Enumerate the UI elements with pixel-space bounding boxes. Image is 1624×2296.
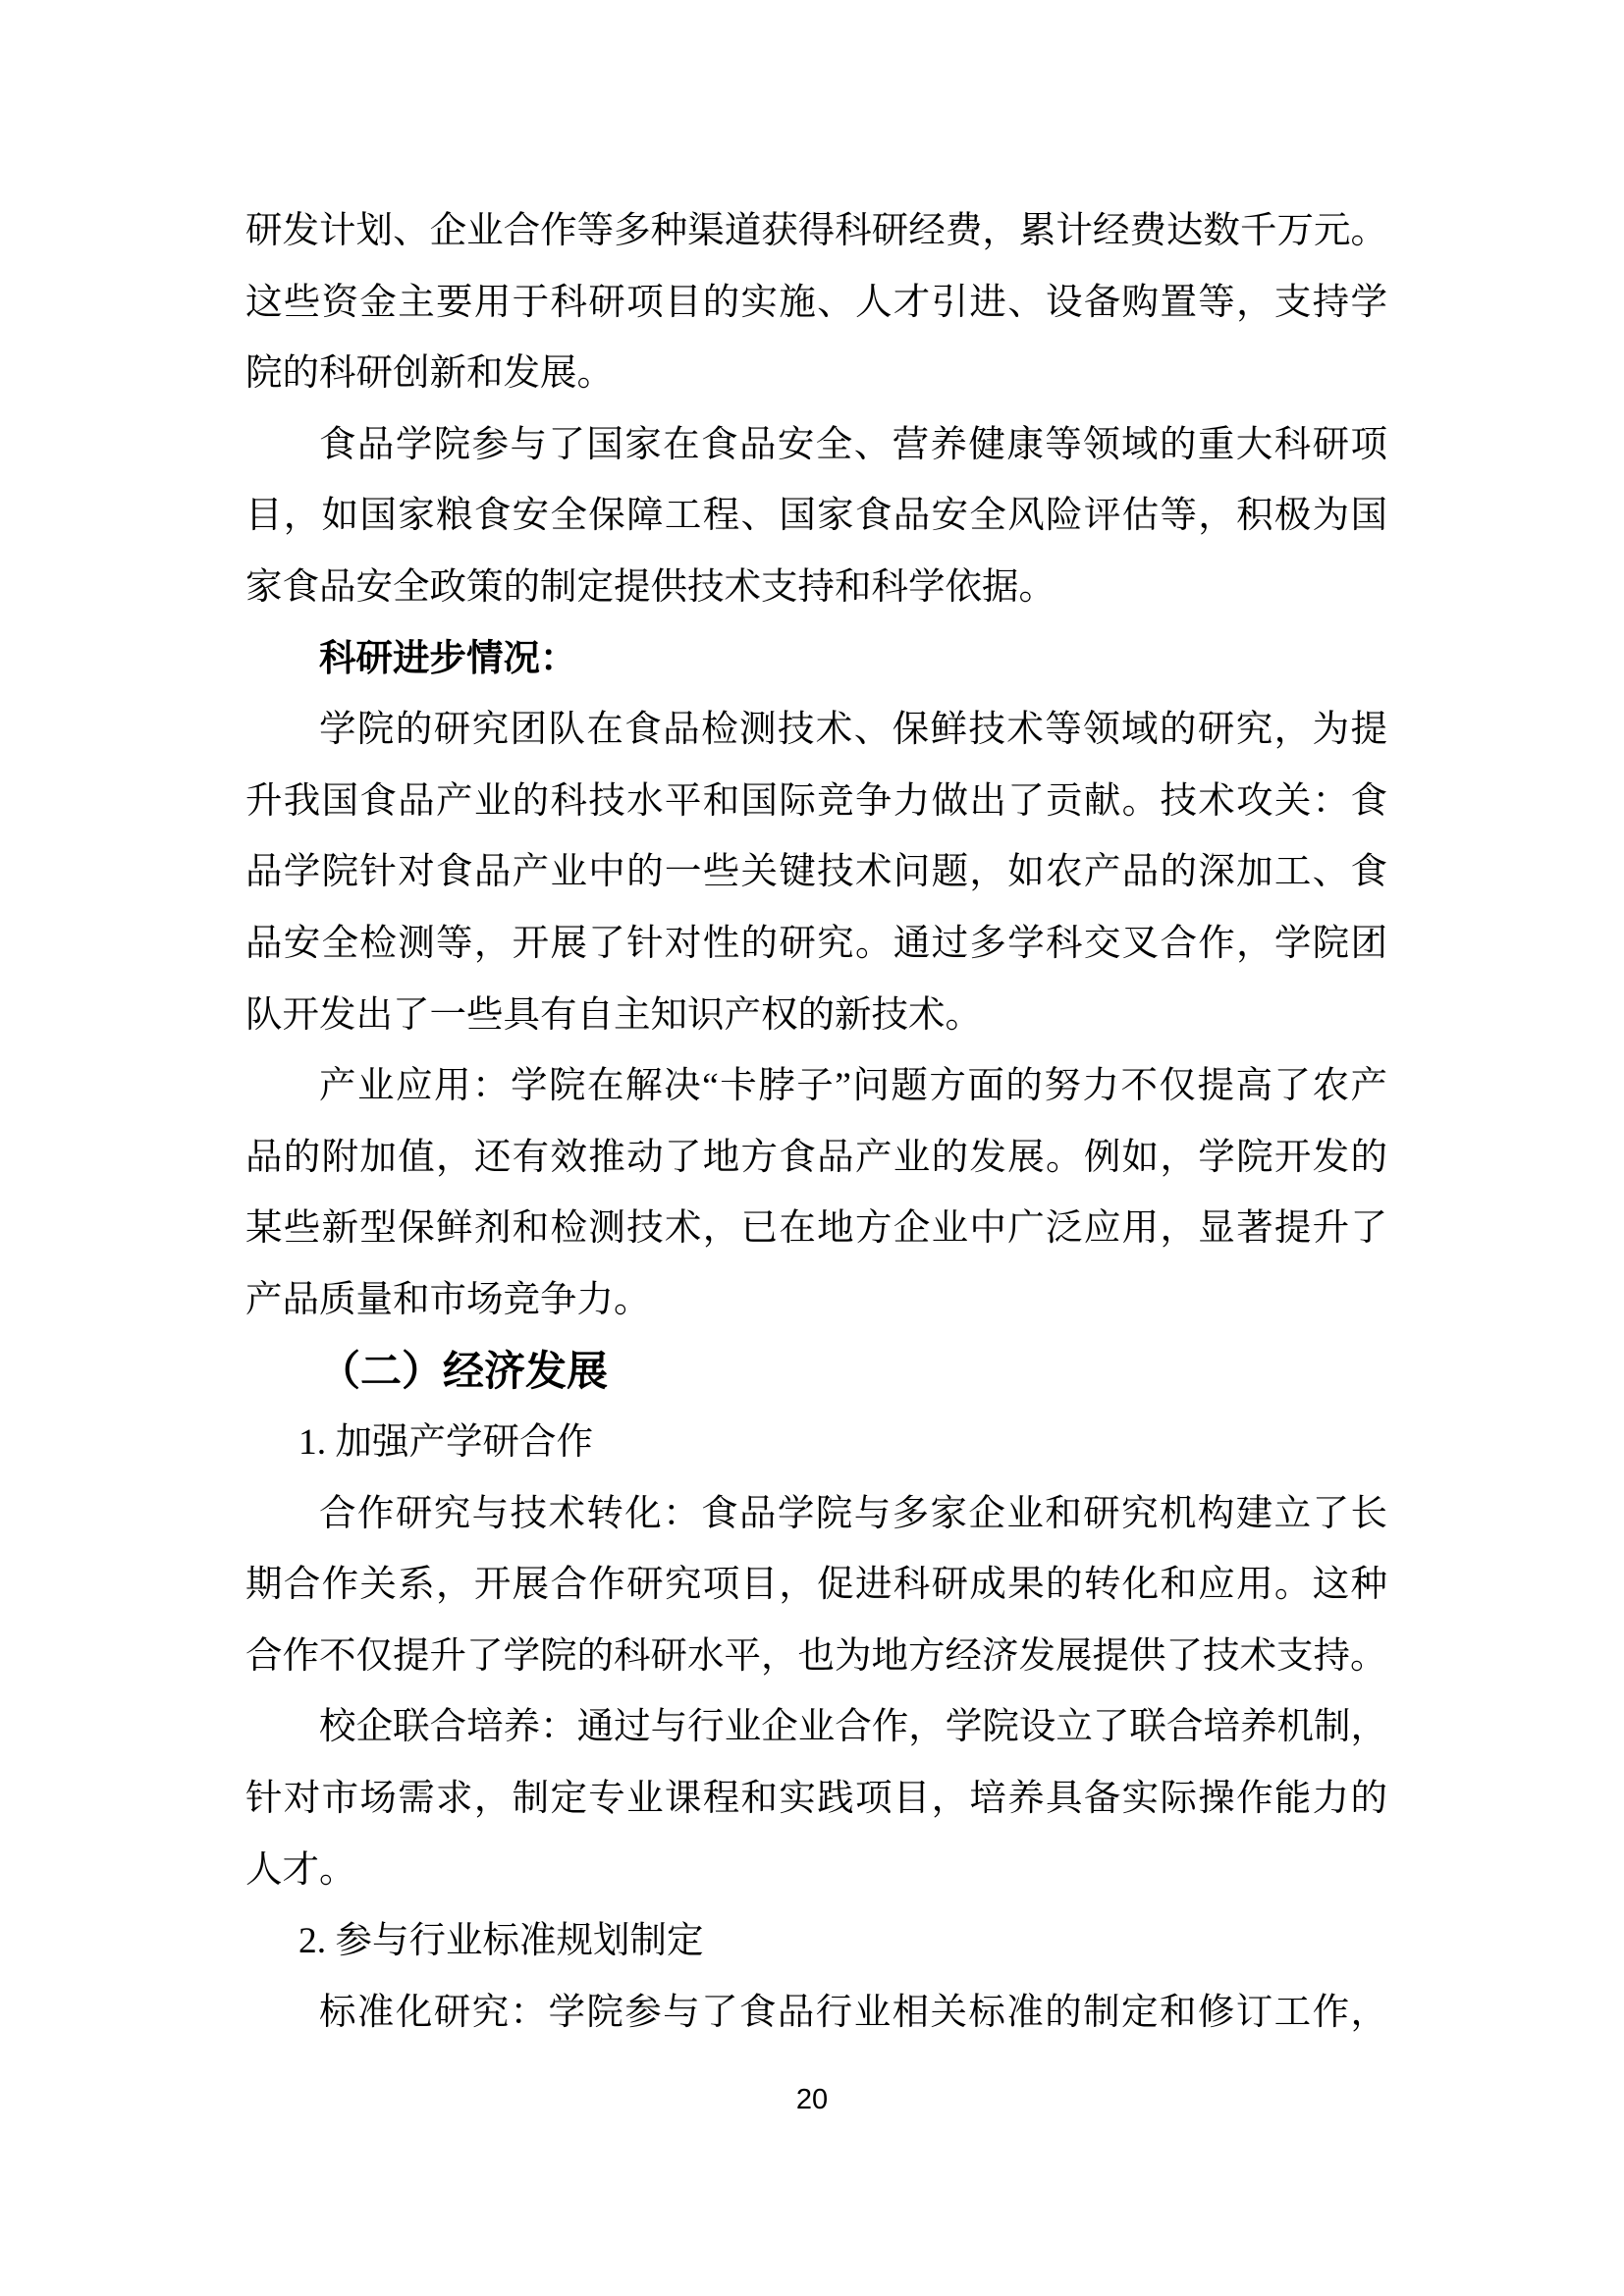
text-line: 期合作关系，开展合作研究项目，促进科研成果的转化和应用。这种 bbox=[245, 1550, 1387, 1622]
text-line: 这些资金主要用于科研项目的实施、人才引进、设备购置等，支持学 bbox=[245, 268, 1387, 340]
text-line: （二）经济发展 bbox=[245, 1337, 1387, 1409]
text-line: 人才。 bbox=[245, 1836, 1387, 1907]
text-line: 食品学院参与了国家在食品安全、营养健康等领域的重大科研项 bbox=[245, 410, 1387, 482]
text-line: 合作研究与技术转化：食品学院与多家企业和研究机构建立了长 bbox=[245, 1479, 1387, 1551]
text-line: 合作不仅提升了学院的科研水平，也为地方经济发展提供了技术支持。 bbox=[245, 1622, 1387, 1693]
text-line: 院的科研创新和发展。 bbox=[245, 339, 1387, 410]
text-line: 针对市场需求，制定专业课程和实践项目，培养具备实际操作能力的 bbox=[245, 1764, 1387, 1836]
text-line: 校企联合培养：通过与行业企业合作，学院设立了联合培养机制， bbox=[245, 1692, 1387, 1764]
text-line: 标准化研究：学院参与了食品行业相关标准的制定和修订工作， bbox=[245, 1978, 1387, 2050]
text-line: 2. 参与行业标准规划制定 bbox=[245, 1906, 1387, 1978]
page-number: 20 bbox=[796, 2084, 828, 2115]
text-line: 家食品安全政策的制定提供技术支持和科学依据。 bbox=[245, 553, 1387, 624]
text-line: 产业应用：学院在解决“卡脖子”问题方面的努力不仅提高了农产 bbox=[245, 1051, 1387, 1123]
text-line: 科研进步情况： bbox=[245, 624, 1387, 696]
text-line: 学院的研究团队在食品检测技术、保鲜技术等领域的研究，为提 bbox=[245, 695, 1387, 767]
page-footer: 20 bbox=[0, 2083, 1624, 2116]
text-line: 研发计划、企业合作等多种渠道获得科研经费，累计经费达数千万元。 bbox=[245, 196, 1387, 268]
text-line: 1. 加强产学研合作 bbox=[245, 1408, 1387, 1479]
text-line: 产品质量和市场竞争力。 bbox=[245, 1265, 1387, 1337]
text-line: 升我国食品产业的科技水平和国际竞争力做出了贡献。技术攻关：食 bbox=[245, 767, 1387, 838]
text-line: 队开发出了一些具有自主知识产权的新技术。 bbox=[245, 981, 1387, 1052]
text-line: 目，如国家粮食安全保障工程、国家食品安全风险评估等，积极为国 bbox=[245, 481, 1387, 553]
text-line: 某些新型保鲜剂和检测技术，已在地方企业中广泛应用，显著提升了 bbox=[245, 1194, 1387, 1265]
text-line: 品安全检测等，开展了针对性的研究。通过多学科交叉合作，学院团 bbox=[245, 909, 1387, 981]
document-body: 研发计划、企业合作等多种渠道获得科研经费，累计经费达数千万元。这些资金主要用于科… bbox=[245, 196, 1387, 2049]
text-line: 品的附加值，还有效推动了地方食品产业的发展。例如，学院开发的 bbox=[245, 1123, 1387, 1195]
text-line: 品学院针对食品产业中的一些关键技术问题，如农产品的深加工、食 bbox=[245, 837, 1387, 909]
document-page: 研发计划、企业合作等多种渠道获得科研经费，累计经费达数千万元。这些资金主要用于科… bbox=[0, 0, 1624, 2296]
